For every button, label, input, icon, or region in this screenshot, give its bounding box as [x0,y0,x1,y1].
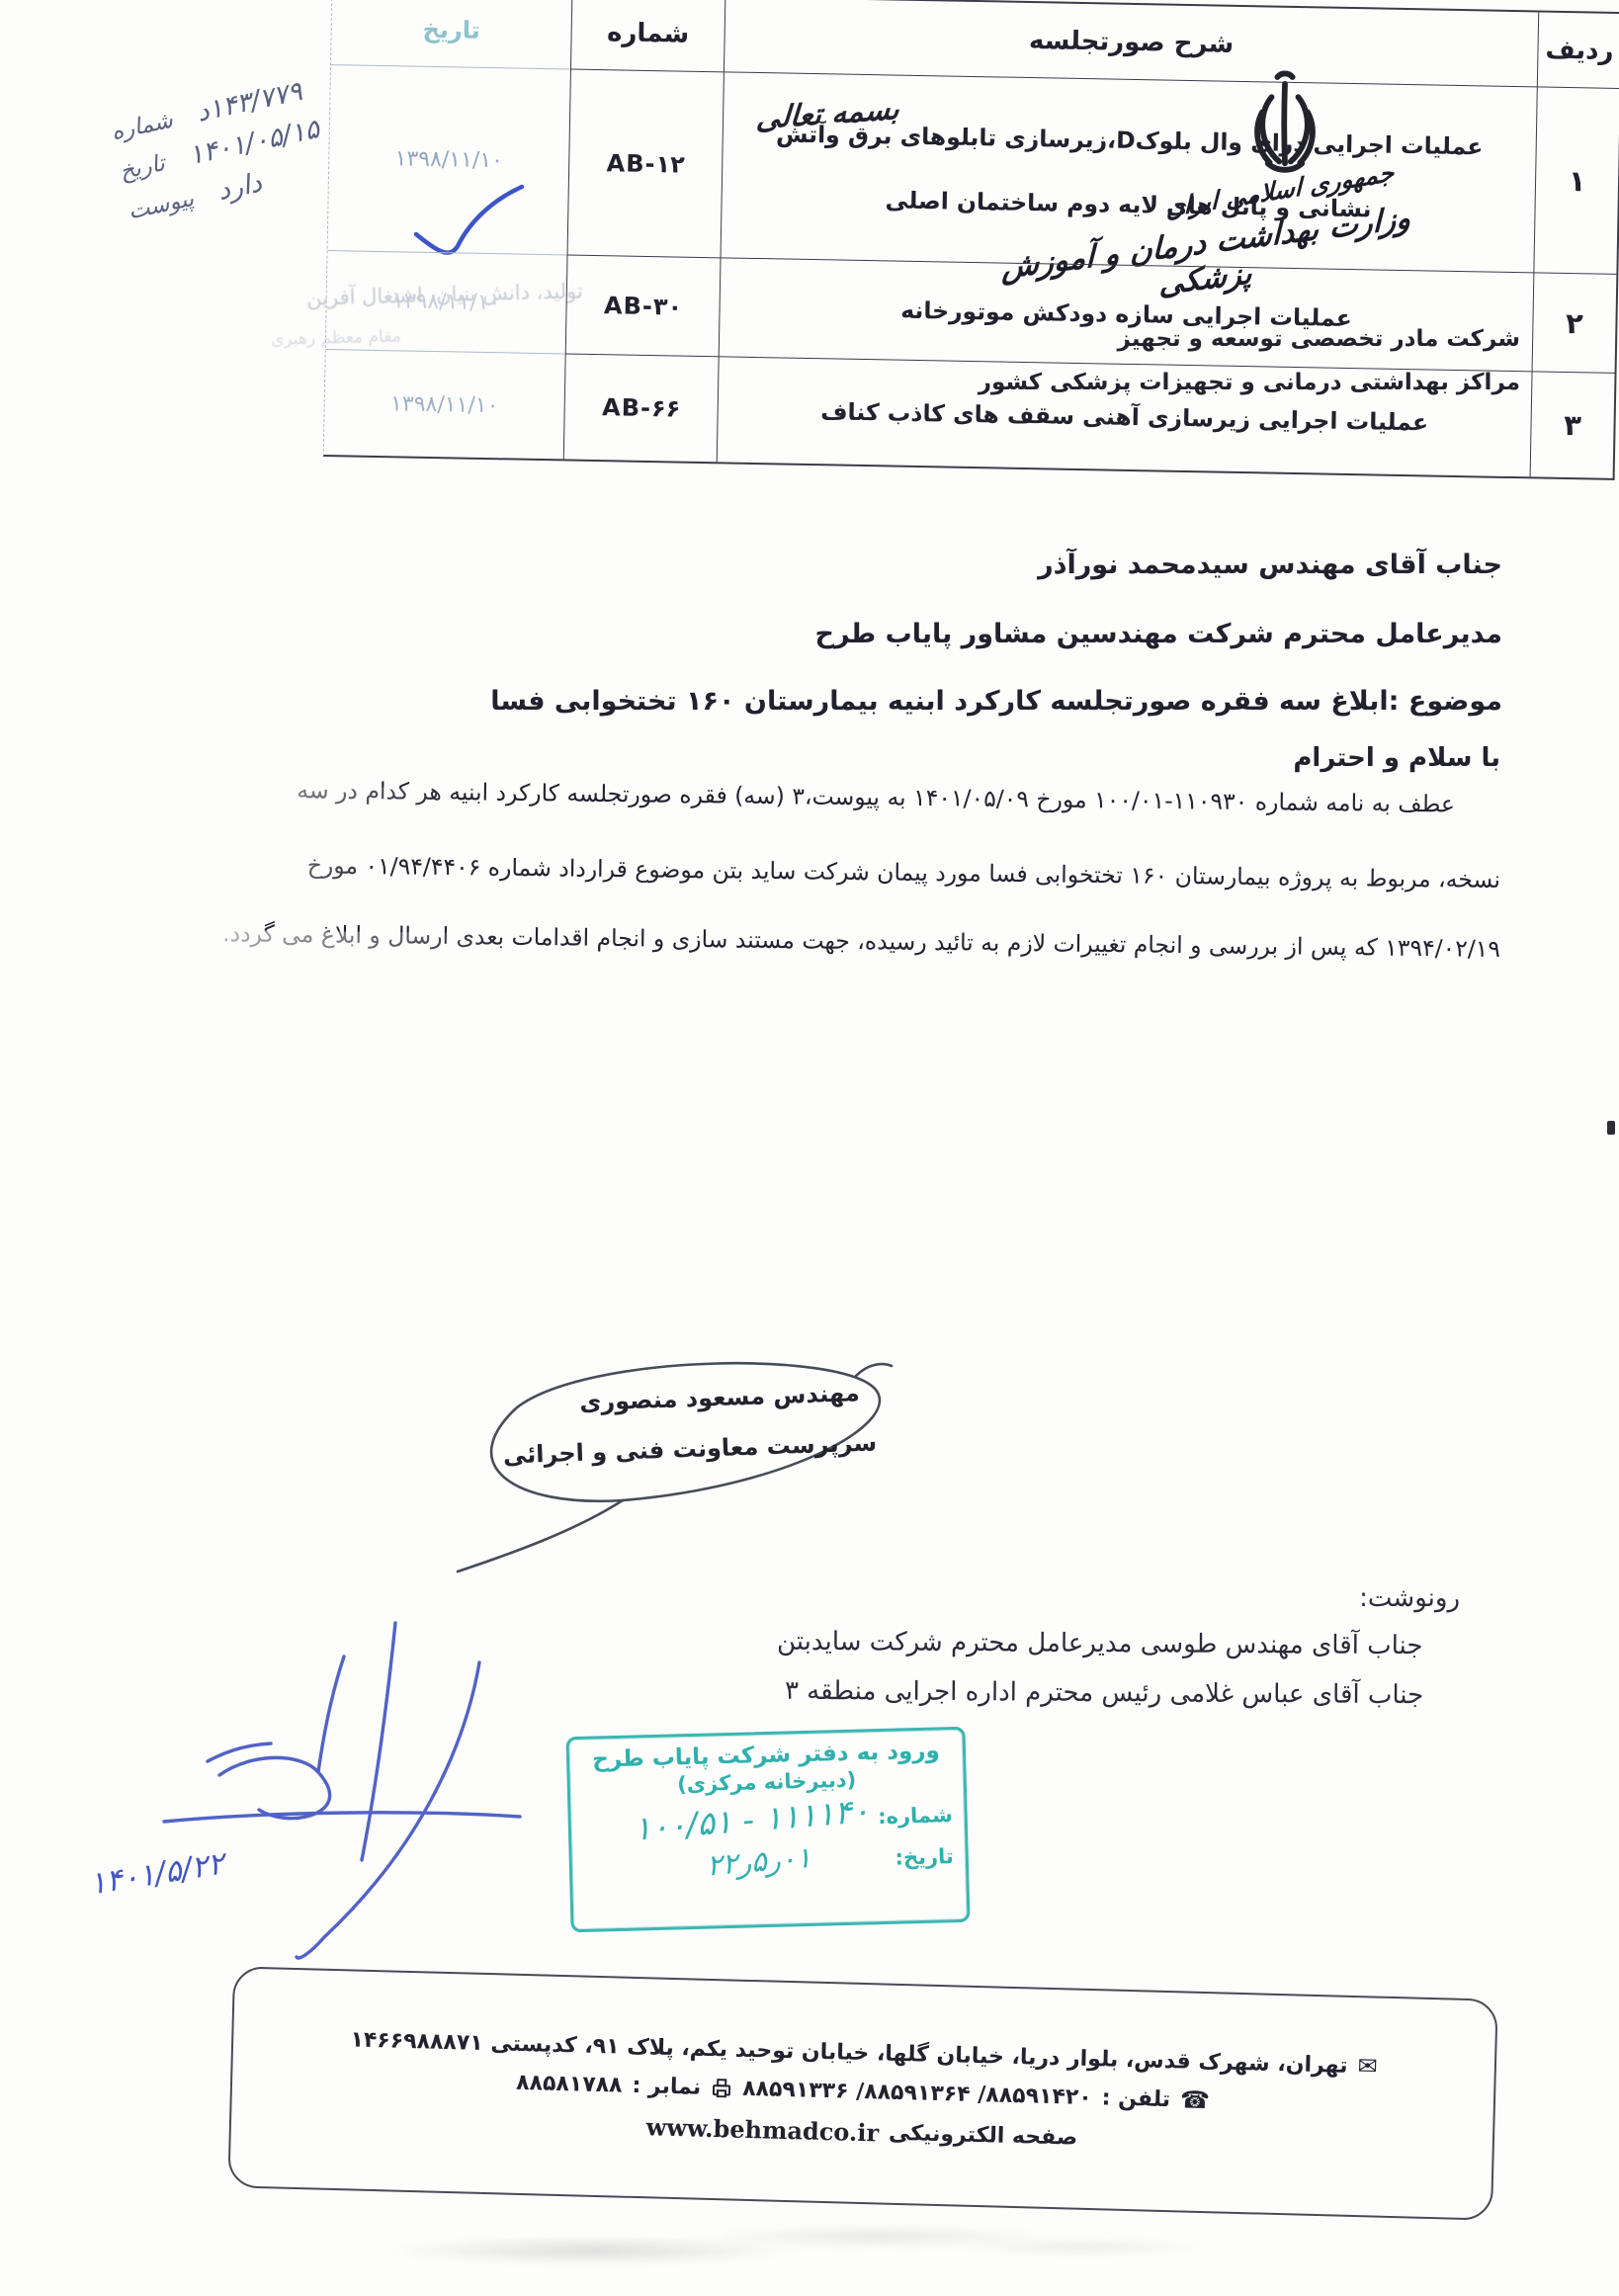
number-label: شماره [109,108,175,145]
subject-line: موضوع :ابلاغ سه فقره صورتجلسه کارکرد ابن… [490,686,1502,717]
table-header-date: تاریخ [331,0,571,70]
handwritten-registration-block: شماره ۱۴۳/۷۷۹د تاریخ ۱۴۰۱/۰۵/۱۵ پیوست دا… [108,74,332,235]
footer-fax-number: ۸۸۵۸۱۷۸۸ [516,2070,623,2097]
stamp-number-row: شماره: ۱۰۰/۵۱ - ۱۱۱۱۴۰ [582,1795,953,1843]
footer-fax-label: نمابر : [632,2073,701,2099]
table-row-2-index: ۲ [1532,273,1617,374]
table-row-2-date: ۱۳۹۸/۱۱/۱۰ [326,251,567,354]
table-row-3-description: عملیات اجرایی زیرسازی آهنی سقف های کاذب … [717,357,1532,476]
recipient-title: مدیرعامل محترم شرکت مهندسین مشاور پایاب … [814,619,1502,649]
table-row-1-number: AB-۱۲ [606,149,685,178]
date-label: تاریخ [118,150,167,185]
minutes-table: ردیف شرح صورتجلسه شماره تاریخ ۱ عملیات ا… [323,0,1619,480]
scan-fade-overlay [97,784,454,832]
table-row-3-index: ۳ [1530,372,1615,478]
scan-speck [1607,1121,1615,1135]
footer-phone-numbers: ۸۸۵۹۱۴۲۰/ ۸۸۵۹۱۳۶۴/ ۸۸۵۹۱۳۳۶ [742,2076,1092,2109]
salutation: با سلام و احترام [1293,743,1500,773]
stamp-date-value: ۲۲ر۵ر۰۱ [706,1840,812,1882]
copies-item-1: جناب آقای مهندس طوسی مدیرعامل محترم شرکت… [777,1627,1423,1661]
footer-address-line: ✉ تهران، شهرک قدس، بلوار دریا، خیابان گل… [350,2027,1378,2079]
scan-fade-overlay [99,860,386,908]
footer-web-label: صفحه الکترونیکی [889,2120,1078,2150]
entry-stamp: ورود به دفتر شرکت پایاب طرح (دبیرخانه مر… [565,1727,970,1933]
footer-phone-label: تلفن : [1101,2085,1170,2112]
attachment-value: دارد [215,167,265,207]
table-row-3-date: ۱۳۹۸/۱۱/۱۰ [324,350,565,459]
stamp-number-label: شماره: [879,1803,953,1828]
table-row-1-index: ۱ [1533,87,1619,275]
footer-web-line: صفحه الکترونیکی www.behmadco.ir [645,2112,1077,2152]
envelope-icon: ✉ [1357,2054,1378,2079]
table-row-1-description: عملیات اجرایی درای وال بلوکD،زیرسازی تاب… [721,72,1537,273]
footer-address: تهران، شهرک قدس، بلوار دریا، خیابان گلها… [350,2027,1348,2078]
table-row-1-date: ۱۳۹۸/۱۱/۱۰ [328,65,570,255]
scanned-letter-page: شماره ۱۴۳/۷۷۹د تاریخ ۱۴۰۱/۰۵/۱۵ پیوست دا… [0,0,1619,2296]
scan-smudge [326,2209,1216,2278]
copies-item-2: جناب آقای عباس غلامی رئیس محترم اداره اج… [785,1676,1423,1711]
footer-phone-line: ☎ تلفن : ۸۸۵۹۱۴۲۰/ ۸۸۵۹۱۳۶۴/ ۸۸۵۹۱۳۳۶ نم… [516,2070,1210,2112]
table-header-row-number: ردیف [1537,12,1619,89]
phone-icon: ☎ [1180,2087,1211,2112]
copies-label: رونوشت: [1359,1583,1460,1613]
fax-icon [711,2078,733,2098]
footer-contact-box: ✉ تهران، شهرک قدس، بلوار دریا، خیابان گل… [227,1966,1497,2220]
attachment-label: پیوست [126,186,196,224]
table-row-2-number: AB-۳۰ [604,292,683,320]
table-row-2-description: عملیات اجرایی سازه دودکش موتورخانه [719,258,1534,372]
stamp-number-value: ۱۰۰/۵۱ - ۱۱۱۱۴۰ [633,1791,871,1848]
table-row-3-number: AB-۶۶ [602,393,681,422]
blue-pen-signature [69,1611,554,1987]
scan-fade-overlay [99,928,515,978]
recipient-name: جناب آقای مهندس سیدمحمد نورآذر [1038,550,1502,580]
stamp-date-label: تاریخ: [880,1844,954,1870]
footer-web-url: www.behmadco.ir [645,2112,879,2147]
table-header-number: شماره [570,0,724,72]
